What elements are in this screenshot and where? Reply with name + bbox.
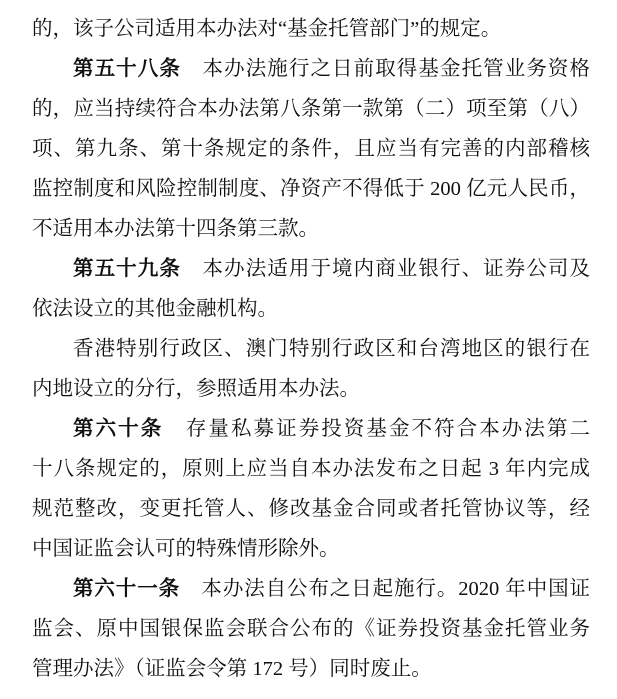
document-page: 的，该子公司适用本办法对“基金托管部门”的规定。第五十八条 本办法施行之日前取得… bbox=[0, 0, 617, 699]
article-number: 第五十九条 bbox=[73, 258, 181, 280]
text-line: 依法设立的其他金融机构。 bbox=[32, 289, 590, 329]
text-run: 内地设立的分行，参照适用本办法。 bbox=[32, 378, 360, 400]
text-line: 管理办法》（证监会令第 172 号）同时废止。 bbox=[32, 649, 590, 689]
article-number: 第六十一条 bbox=[73, 578, 180, 600]
text-run: 监控制度和风险控制制度、净资产不得低于 200 亿元人民币， bbox=[32, 178, 590, 200]
text-line: 十八条规定的，原则上应当自本办法发布之日起 3 年内完成 bbox=[32, 449, 590, 489]
text-run: 香港特别行政区、澳门特别行政区和台湾地区的银行在 bbox=[73, 338, 590, 360]
text-run: 的，该子公司适用本办法对“基金托管部门”的规定。 bbox=[32, 18, 501, 40]
text-run: 监会、原中国银保监会联合公布的《证券投资基金托管业务 bbox=[32, 618, 590, 640]
text-line: 不适用本办法第十四条第三款。 bbox=[32, 209, 590, 249]
text-line: 香港特别行政区、澳门特别行政区和台湾地区的银行在 bbox=[32, 329, 590, 369]
text-run: 项、第九条、第十条规定的条件，且应当有完善的内部稽核 bbox=[32, 138, 590, 160]
text-line: 监会、原中国银保监会联合公布的《证券投资基金托管业务 bbox=[32, 609, 590, 649]
text-line: 第六十一条 本办法自公布之日起施行。2020 年中国证 bbox=[32, 569, 590, 609]
text-line: 中国证监会认可的特殊情形除外。 bbox=[32, 529, 590, 569]
text-run: 不适用本办法第十四条第三款。 bbox=[32, 218, 319, 240]
text-run: 的，应当持续符合本办法第八条第一款第（二）项至第（八） bbox=[32, 98, 590, 120]
article-number: 第五十八条 bbox=[73, 58, 181, 80]
text-run: 本办法自公布之日起施行。2020 年中国证 bbox=[180, 578, 590, 600]
text-run: 十八条规定的，原则上应当自本办法发布之日起 3 年内完成 bbox=[32, 458, 590, 480]
text-run: 管理办法》（证监会令第 172 号）同时废止。 bbox=[32, 658, 432, 680]
text-run: 存量私募证券投资基金不符合本办法第二 bbox=[163, 418, 590, 440]
article-number: 第六十条 bbox=[73, 418, 163, 440]
text-run: 中国证监会认可的特殊情形除外。 bbox=[32, 538, 340, 560]
text-line: 规范整改，变更托管人、修改基金合同或者托管协议等，经 bbox=[32, 489, 590, 529]
text-run: 本办法适用于境内商业银行、证券公司及 bbox=[181, 258, 590, 280]
text-run: 依法设立的其他金融机构。 bbox=[32, 298, 278, 320]
text-line: 的，应当持续符合本办法第八条第一款第（二）项至第（八） bbox=[32, 89, 590, 129]
text-line: 第五十八条 本办法施行之日前取得基金托管业务资格 bbox=[32, 49, 590, 89]
text-run: 本办法施行之日前取得基金托管业务资格 bbox=[181, 58, 590, 80]
document-body: 的，该子公司适用本办法对“基金托管部门”的规定。第五十八条 本办法施行之日前取得… bbox=[32, 9, 590, 689]
text-run: 规范整改，变更托管人、修改基金合同或者托管协议等，经 bbox=[32, 498, 590, 520]
text-line: 项、第九条、第十条规定的条件，且应当有完善的内部稽核 bbox=[32, 129, 590, 169]
text-line: 内地设立的分行，参照适用本办法。 bbox=[32, 369, 590, 409]
text-line: 第六十条 存量私募证券投资基金不符合本办法第二 bbox=[32, 409, 590, 449]
text-line: 监控制度和风险控制制度、净资产不得低于 200 亿元人民币， bbox=[32, 169, 590, 209]
text-line: 的，该子公司适用本办法对“基金托管部门”的规定。 bbox=[32, 9, 590, 49]
text-line: 第五十九条 本办法适用于境内商业银行、证券公司及 bbox=[32, 249, 590, 289]
